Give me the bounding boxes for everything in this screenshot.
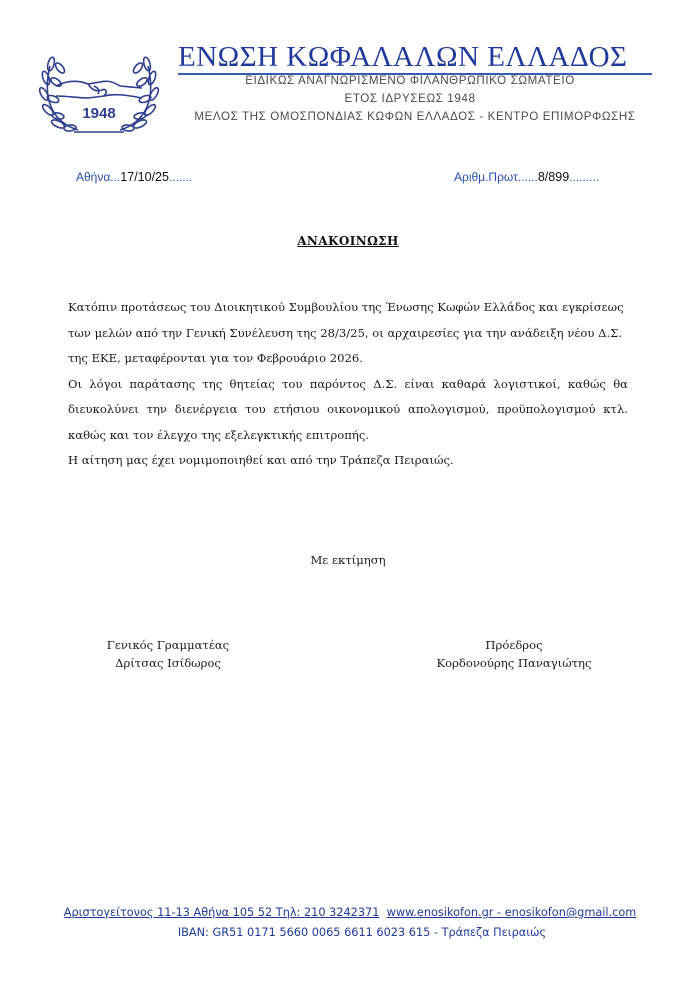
website-link[interactable]: www.enosikofon.gr <box>387 906 494 919</box>
place-label: Αθήνα... <box>76 170 120 184</box>
signature-secretary: Γενικός Γραμματέας Δρίτσας Ισίδωρος <box>58 636 278 672</box>
protocol-trailing-dots: ......... <box>569 170 599 184</box>
body-paragraph-1: Κατόπιν προτάσεως του Διοικητικού Συμβου… <box>68 295 628 372</box>
announcement-body: Κατόπιν προτάσεως του Διοικητικού Συμβου… <box>68 295 628 474</box>
footer-contact: Αριστογείτονος 11-13 Αθήνα 105 52 Τηλ: 2… <box>2 906 696 919</box>
letter-page: 1948 ΕΝΩΣΗ ΚΩΦΑΛΑΛΩΝ ΕΛΛΑΔΟΣ ΕΙΔΙΚΩΣ ΑΝΑ… <box>0 0 696 984</box>
announcement-heading: ΑΝΑΚΟΙΝΩΣΗ <box>0 234 696 248</box>
signature-president: Πρόεδρος Κορδονούρης Παναγιώτης <box>404 636 624 672</box>
organization-subtitle-founded: ΕΤΟΣ ΙΔΡΥΣΕΩΣ 1948 <box>160 92 660 105</box>
protocol-number: Αριθμ.Πρωτ......8/899......... <box>454 170 599 184</box>
organization-subtitle-status: ΕΙΔΙΚΩΣ ΑΝΑΓΝΩΡΙΣΜΕΝΟ ΦΙΛΑΝΘΡΩΠΙΚΟ ΣΩΜΑΤ… <box>160 74 660 87</box>
signature-title: Γενικός Γραμματέας <box>58 636 278 654</box>
place-date: Αθήνα...17/10/25....... <box>76 170 192 184</box>
organization-name: ΕΝΩΣΗ ΚΩΦΑΛΑΛΩΝ ΕΛΛΑΔΟΣ <box>178 41 654 73</box>
date-value: 17/10/25 <box>120 170 169 184</box>
footer-iban: IBAN: GR51 0171 5660 0065 6611 6023 615 … <box>14 926 696 939</box>
body-paragraph-3: Η αίτηση μας έχει νομιμοποιηθεί και από … <box>68 448 628 474</box>
organization-subtitle-membership: ΜΕΛΟΣ ΤΗΣ ΟΜΟΣΠΟΝΔΙΑΣ ΚΩΦΩΝ ΕΛΛΑΔΟΣ - ΚΕ… <box>165 110 665 123</box>
protocol-value: 8/899 <box>538 170 569 184</box>
footer-address: Αριστογείτονος 11-13 Αθήνα 105 52 Τηλ: 2… <box>64 906 380 919</box>
email-link[interactable]: enosikofon@gmail.com <box>505 906 637 919</box>
footer-separator: - <box>493 906 504 919</box>
closing-salutation: Με εκτίμηση <box>0 553 696 567</box>
signature-name: Δρίτσας Ισίδωρος <box>58 654 278 672</box>
signature-name: Κορδονούρης Παναγιώτης <box>404 654 624 672</box>
body-paragraph-2: Οι λόγοι παράτασης της θητείας του παρόν… <box>68 372 628 449</box>
handshake-laurel-logo-icon: 1948 <box>34 44 164 136</box>
signature-title: Πρόεδρος <box>404 636 624 654</box>
date-trailing-dots: ....... <box>169 170 192 184</box>
protocol-label: Αριθμ.Πρωτ...... <box>454 170 538 184</box>
svg-text:1948: 1948 <box>82 105 115 122</box>
